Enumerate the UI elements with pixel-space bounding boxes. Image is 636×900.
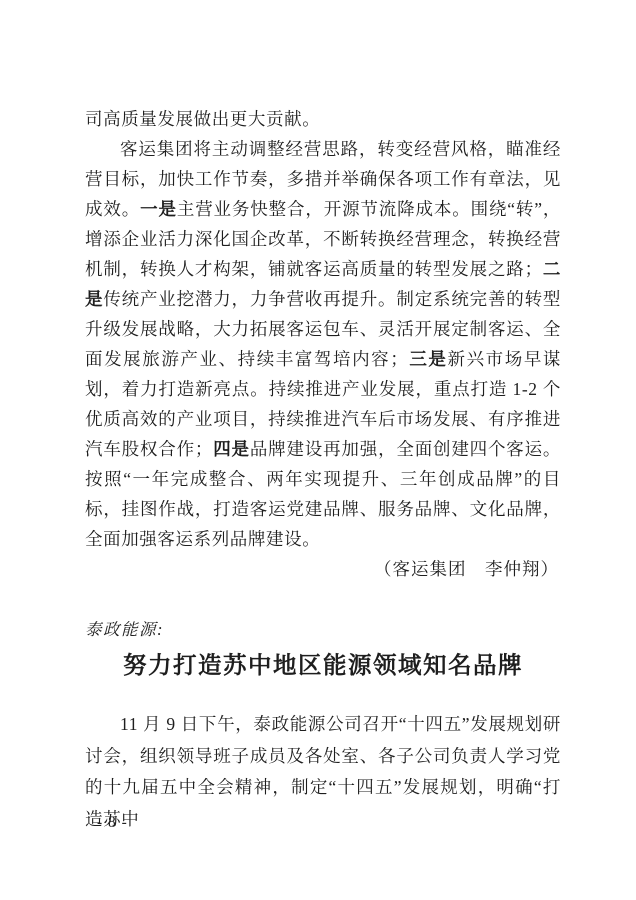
document-page: 司高质量发展做出更大贡献。 客运集团将主动调整经营思路，转变经营风格，瞄准经营目… [0,0,636,900]
passenger-group-paragraph: 客运集团将主动调整经营思路，转变经营风格，瞄准经营目标，加快工作节奏，多措并举确… [85,134,561,554]
page-content: 司高质量发展做出更大贡献。 客运集团将主动调整经营思路，转变经营风格，瞄准经营目… [85,104,561,835]
page-number: - 8 - [97,814,128,832]
attribution-line: （客运集团 李仲翔） [85,554,561,584]
text-segment: 11 月 9 日下午，泰政能源公司召开“十四五”发展规划研讨会，组织领导班子成员… [85,714,561,829]
bold-text-segment: 三是 [408,349,447,369]
article-title: 努力打造苏中地区能源领域知名品牌 [85,650,561,682]
paragraph-continuation-line: 司高质量发展做出更大贡献。 [85,104,561,134]
bold-text-segment: 一是 [140,199,177,219]
article-source-label: 泰政能源: [85,615,561,645]
bold-text-segment: 四是 [213,439,250,459]
energy-article-paragraph: 11 月 9 日下午，泰政能源公司召开“十四五”发展规划研讨会，组织领导班子成员… [85,709,561,835]
